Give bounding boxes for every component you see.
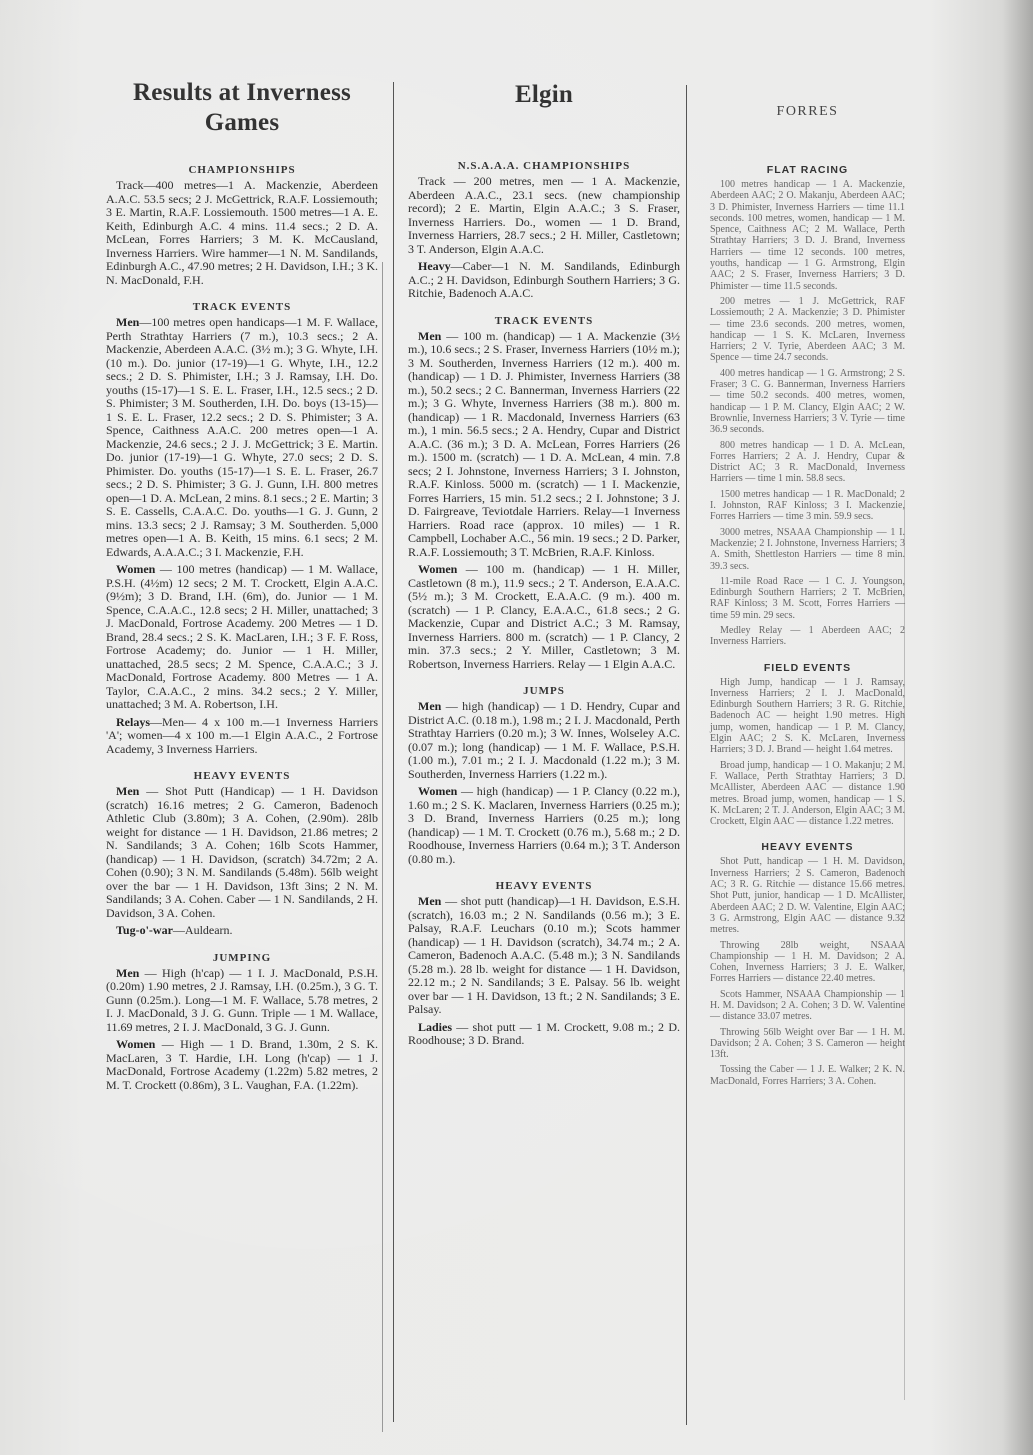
result-text: Throwing 28lb weight, NSAAA Championship…: [710, 940, 905, 985]
result-paragraph: Men — 100 m. (handicap) — 1 A. Mackenzie…: [408, 330, 680, 560]
result-text: — shot putt (handicap)—1 H. Davidson, E.…: [408, 894, 680, 1016]
result-paragraph: 400 metres handicap — 1 G. Armstrong; 2 …: [710, 368, 905, 436]
result-text: — High (h'cap) — 1 I. J. MacDonald, P.S.…: [106, 966, 378, 1034]
article-title: FORRES: [710, 104, 905, 120]
column-border: [382, 262, 383, 1432]
result-paragraph: Broad jump, handicap — 1 O. Makanju; 2 M…: [710, 760, 905, 828]
article-title: Results at Inverness Games: [106, 78, 378, 138]
result-paragraph: 800 metres handicap — 1 D. A. McLean, Fo…: [710, 440, 905, 485]
result-text: High Jump, handicap — 1 J. Ramsay, Inver…: [710, 677, 905, 756]
result-paragraph: Ladies — shot putt — 1 M. Crockett, 9.08…: [408, 1021, 680, 1048]
result-paragraph: Scots Hammer, NSAAA Championship — 1 H. …: [710, 989, 905, 1023]
result-paragraph: 11-mile Road Race — 1 C. J. Youngson, Ed…: [710, 576, 905, 621]
section-heading: CHAMPIONSHIPS: [106, 164, 378, 176]
result-text: 100 metres handicap — 1 A. Mackenzie, Ab…: [710, 179, 905, 292]
section-heading: TRACK EVENTS: [106, 301, 378, 313]
result-text: —Auldearn.: [173, 923, 233, 937]
column-forres: FORRES FLAT RACING100 metres handicap — …: [710, 104, 905, 1091]
result-text: Medley Relay — 1 Aberdeen AAC; 2 Inverne…: [710, 625, 905, 647]
result-paragraph: Heavy—Caber—1 N. M. Sandilands, Edinburg…: [408, 260, 680, 301]
result-paragraph: 3000 metres, NSAAA Championship — 1 I. M…: [710, 527, 905, 572]
result-text: — 100 m. (handicap) — 1 H. Miller, Castl…: [408, 562, 680, 671]
result-text: Track—400 metres—1 A. Mackenzie, Aberdee…: [106, 178, 378, 287]
result-text: Broad jump, handicap — 1 O. Makanju; 2 M…: [710, 760, 905, 827]
section-heading: JUMPING: [106, 952, 378, 964]
column-divider: [393, 82, 394, 1422]
section-heading: HEAVY EVENTS: [710, 841, 905, 853]
category-lead: Men: [418, 329, 441, 343]
result-text: Shot Putt, handicap — 1 H. M. Davidson, …: [710, 856, 905, 935]
column-elgin: Elgin N.S.A.A.A. CHAMPIONSHIPSTrack — 20…: [408, 80, 680, 1052]
result-paragraph: High Jump, handicap — 1 J. Ramsay, Inver…: [710, 677, 905, 756]
result-paragraph: Men — shot putt (handicap)—1 H. Davidson…: [408, 895, 680, 1017]
result-paragraph: Medley Relay — 1 Aberdeen AAC; 2 Inverne…: [710, 625, 905, 648]
column-inverness: Results at Inverness Games CHAMPIONSHIPS…: [106, 78, 378, 1096]
result-paragraph: Tossing the Caber — 1 J. E. Walker; 2 K.…: [710, 1064, 905, 1087]
category-lead: Women: [116, 562, 155, 576]
article-title: Elgin: [408, 80, 680, 110]
category-lead: Men: [418, 894, 441, 908]
category-lead: Ladies: [418, 1020, 452, 1034]
section-heading: HEAVY EVENTS: [106, 770, 378, 782]
result-text: 11-mile Road Race — 1 C. J. Youngson, Ed…: [710, 576, 905, 621]
article-body: CHAMPIONSHIPSTrack—400 metres—1 A. Macke…: [106, 164, 378, 1092]
result-paragraph: Tug-o'-war—Auldearn.: [106, 924, 378, 938]
category-lead: Women: [418, 562, 457, 576]
result-text: 200 metres — 1 J. McGettrick, RAF Lossie…: [710, 296, 905, 363]
newspaper-page: Results at Inverness Games CHAMPIONSHIPS…: [0, 0, 1033, 1455]
result-paragraph: 200 metres — 1 J. McGettrick, RAF Lossie…: [710, 296, 905, 364]
result-text: 400 metres handicap — 1 G. Armstrong; 2 …: [710, 368, 905, 435]
result-paragraph: Men — Shot Putt (Handicap) — 1 H. Davids…: [106, 785, 378, 920]
result-text: 1500 metres handicap — 1 R. MacDonald; 2…: [710, 489, 905, 523]
result-paragraph: Men — high (handicap) — 1 D. Hendry, Cup…: [408, 700, 680, 781]
result-paragraph: Women — High — 1 D. Brand, 1.30m, 2 S. K…: [106, 1038, 378, 1092]
category-lead: Heavy: [418, 259, 451, 273]
section-heading: N.S.A.A.A. CHAMPIONSHIPS: [408, 160, 680, 172]
section-heading: FIELD EVENTS: [710, 662, 905, 674]
category-lead: Men: [418, 699, 441, 713]
result-text: Scots Hammer, NSAAA Championship — 1 H. …: [710, 989, 905, 1023]
result-paragraph: Track — 200 metres, men — 1 A. Mackenzie…: [408, 175, 680, 256]
result-text: 3000 metres, NSAAA Championship — 1 I. M…: [710, 527, 905, 572]
result-paragraph: 100 metres handicap — 1 A. Mackenzie, Ab…: [710, 179, 905, 292]
result-text: — 100 m. (handicap) — 1 A. Mackenzie (3½…: [408, 329, 680, 559]
result-text: Tossing the Caber — 1 J. E. Walker; 2 K.…: [710, 1064, 905, 1086]
result-paragraph: Relays—Men— 4 x 100 m.—1 Inverness Harri…: [106, 716, 378, 757]
category-lead: Men: [116, 784, 139, 798]
category-lead: Relays: [116, 715, 150, 729]
category-lead: Tug-o'-war: [116, 923, 173, 937]
category-lead: Men: [116, 966, 139, 980]
section-heading: JUMPS: [408, 685, 680, 697]
result-paragraph: Men — High (h'cap) — 1 I. J. MacDonald, …: [106, 967, 378, 1035]
category-lead: Women: [116, 1037, 155, 1051]
result-text: 800 metres handicap — 1 D. A. McLean, Fo…: [710, 440, 905, 485]
result-text: — Shot Putt (Handicap) — 1 H. Davidson (…: [106, 784, 378, 920]
result-paragraph: Women — 100 m. (handicap) — 1 H. Miller,…: [408, 563, 680, 671]
section-heading: FLAT RACING: [710, 164, 905, 176]
result-text: — high (handicap) — 1 D. Hendry, Cupar a…: [408, 699, 680, 781]
result-paragraph: 1500 metres handicap — 1 R. MacDonald; 2…: [710, 489, 905, 523]
result-paragraph: Throwing 56lb Weight over Bar — 1 H. M. …: [710, 1027, 905, 1061]
section-heading: HEAVY EVENTS: [408, 880, 680, 892]
article-body: FLAT RACING100 metres handicap — 1 A. Ma…: [710, 164, 905, 1087]
category-lead: Women: [418, 784, 457, 798]
result-text: Track — 200 metres, men — 1 A. Mackenzie…: [408, 174, 680, 256]
result-text: Throwing 56lb Weight over Bar — 1 H. M. …: [710, 1027, 905, 1061]
result-paragraph: Women — high (handicap) — 1 P. Clancy (0…: [408, 785, 680, 866]
result-paragraph: Throwing 28lb weight, NSAAA Championship…: [710, 940, 905, 985]
result-paragraph: Men—100 metres open handicaps—1 M. F. Wa…: [106, 316, 378, 559]
result-text: —100 metres open handicaps—1 M. F. Walla…: [106, 315, 378, 559]
article-body: N.S.A.A.A. CHAMPIONSHIPSTrack — 200 metr…: [408, 160, 680, 1048]
result-paragraph: Track—400 metres—1 A. Mackenzie, Aberdee…: [106, 179, 378, 287]
column-divider: [686, 85, 687, 1425]
section-heading: TRACK EVENTS: [408, 315, 680, 327]
category-lead: Men: [116, 315, 139, 329]
result-text: — 100 metres (handicap) — 1 M. Wallace, …: [106, 562, 378, 711]
result-paragraph: Women — 100 metres (handicap) — 1 M. Wal…: [106, 563, 378, 712]
result-paragraph: Shot Putt, handicap — 1 H. M. Davidson, …: [710, 856, 905, 935]
